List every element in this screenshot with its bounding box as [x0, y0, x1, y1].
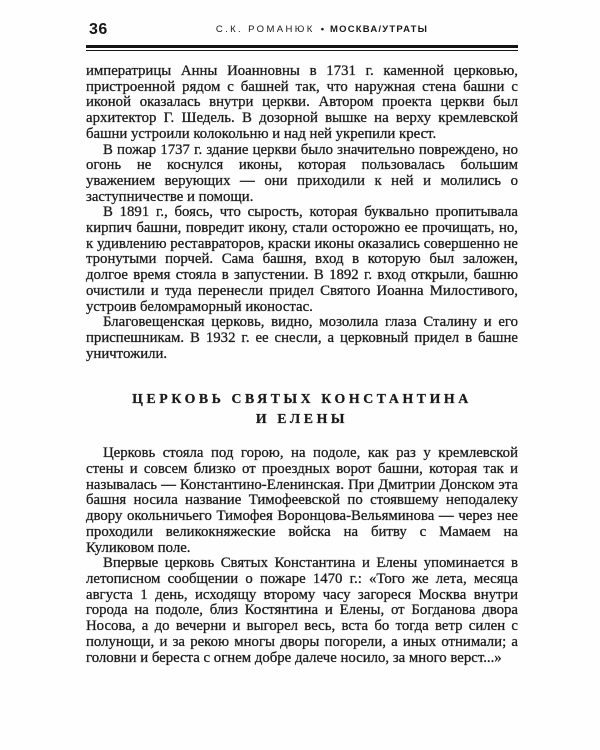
section-heading-line-1: ЦЕРКОВЬ СВЯТЫХ КОНСТАНТИНА — [86, 389, 518, 409]
body-text: императрицы Анны Иоанновны в 1731 г. кам… — [86, 64, 518, 666]
running-head-book-title: МОСКВА/УТРАТЫ — [330, 24, 428, 35]
paragraph: В пожар 1737 г. здание церкви было значи… — [86, 143, 518, 206]
page-number: 36 — [89, 21, 108, 39]
running-head-bullet: • — [315, 24, 330, 35]
paragraph-continuation: императрицы Анны Иоанновны в 1731 г. кам… — [86, 64, 518, 143]
running-head-center: С.К. РОМАНЮК•МОСКВА/УТРАТЫ — [86, 24, 518, 35]
running-head: 36 С.К. РОМАНЮК•МОСКВА/УТРАТЫ — [86, 24, 518, 41]
book-page: 36 С.К. РОМАНЮК•МОСКВА/УТРАТЫ императриц… — [0, 0, 600, 750]
paragraph: Церковь стояла под горою, на подоле, как… — [86, 446, 518, 556]
section-heading-line-2: И ЕЛЕНЫ — [86, 409, 518, 429]
section-heading: ЦЕРКОВЬ СВЯТЫХ КОНСТАНТИНА И ЕЛЕНЫ — [86, 389, 518, 429]
header-double-rule — [86, 45, 518, 51]
text-block: 36 С.К. РОМАНЮК•МОСКВА/УТРАТЫ императриц… — [86, 24, 518, 666]
paragraph: В 1891 г., боясь, что сырость, которая б… — [86, 205, 518, 315]
paragraph: Впервые церковь Святых Константина и Еле… — [86, 556, 518, 666]
running-head-author: С.К. РОМАНЮК — [216, 24, 315, 35]
paragraph: Благовещенская церковь, видно, мозолила … — [86, 315, 518, 362]
